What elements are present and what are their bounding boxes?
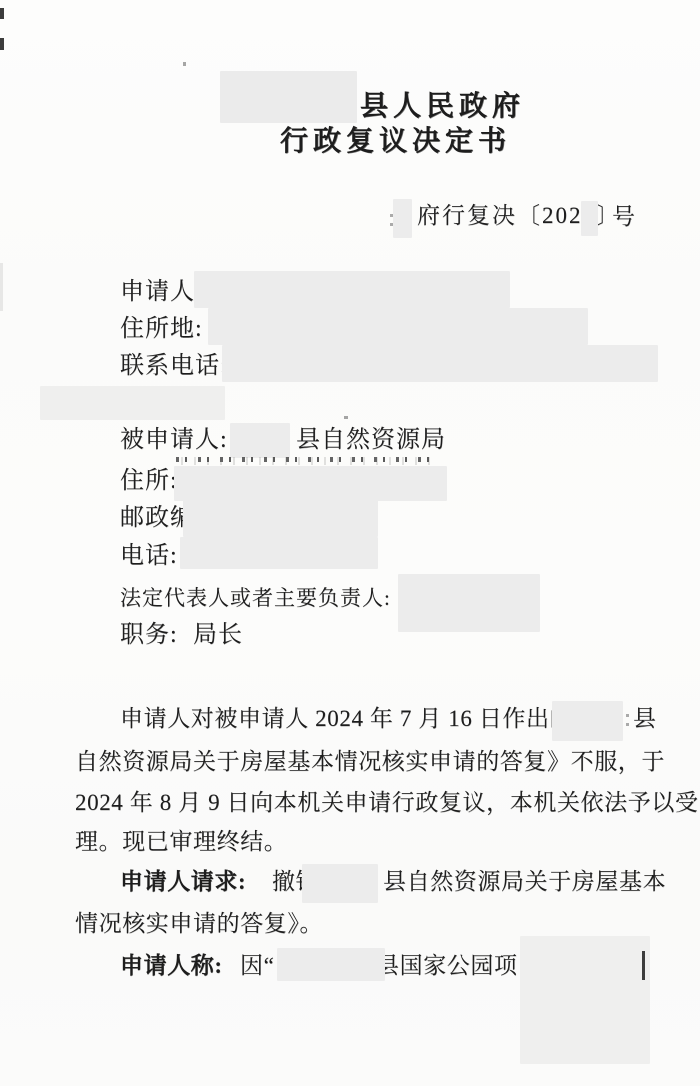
respondent-label: 被申请人:	[120, 427, 228, 455]
request-line2: 情况核实申请的答复》。	[75, 911, 323, 937]
applicant-address-redaction	[208, 308, 588, 345]
respondent-phone-redaction	[180, 537, 378, 569]
respondent-phone-label: 电话:	[120, 543, 178, 571]
respondent-name: 县自然资源局	[296, 427, 446, 455]
claim-redaction-1	[277, 948, 385, 981]
title-redaction-box	[220, 71, 357, 123]
applicant-name-redaction	[194, 271, 510, 308]
respondent-address-label: 住所:	[120, 468, 178, 496]
body-p1-line2: 自然资源局关于房屋基本情况核实申请的答复》不服，于	[75, 749, 665, 775]
document-page: 县人民政府 行政复议决定书 府行复决〔2024〕 号 申请人: 住所地: 联系电…	[0, 0, 700, 1086]
respondent-legalrep-redaction	[398, 574, 540, 632]
claim-text-pre: 因“	[240, 953, 274, 979]
applicant-phone-label: 联系电话:	[120, 353, 228, 381]
body-p1-line1-pre: 申请人对被申请人 2024 年 7 月 16 日作出的《	[120, 706, 597, 732]
body-p1-redaction	[552, 701, 623, 741]
respondent-address-redaction	[174, 466, 447, 501]
scan-artifact	[0, 8, 4, 19]
title-line-1: 县人民政府	[360, 91, 525, 123]
claim-label: 申请人称:	[120, 953, 223, 979]
standalone-redaction-block	[40, 386, 225, 420]
respondent-name-redaction	[230, 423, 290, 458]
scan-artifact	[183, 62, 186, 66]
claim-redaction-2	[520, 936, 650, 1064]
body-p1-line1-post: 县	[633, 706, 657, 732]
scan-artifact	[0, 263, 3, 311]
request-redaction	[302, 864, 378, 903]
body-p1-line4: 理。现已审理终结。	[75, 829, 287, 855]
title-line-2: 行政复议决定书	[280, 126, 511, 158]
request-text-post: 县自然资源局关于房屋基本	[383, 869, 666, 895]
request-label: 申请人请求:	[120, 869, 246, 895]
docnum-redaction-2	[581, 201, 598, 236]
docnum-suffix: 号	[612, 204, 637, 230]
scan-artifact	[344, 416, 348, 419]
body-p1-line3: 2024 年 8 月 9 日向本机关申请行政复议，本机关依法予以受	[75, 790, 699, 816]
respondent-postal-redaction	[183, 499, 378, 537]
respondent-position-label: 职务:	[120, 622, 178, 650]
applicant-address-label: 住所地:	[120, 316, 203, 344]
scan-artifact	[626, 714, 629, 717]
applicant-name-label: 申请人:	[120, 279, 203, 307]
applicant-phone-redaction	[222, 345, 658, 382]
redacted-char-remnant	[642, 951, 645, 980]
respondent-legalrep-label: 法定代表人或者主要负责人:	[120, 586, 391, 610]
respondent-position-value: 局长	[193, 622, 243, 650]
redacted-text-remnants	[176, 457, 430, 465]
scan-artifact	[0, 38, 4, 50]
docnum-redaction-1	[393, 199, 412, 238]
